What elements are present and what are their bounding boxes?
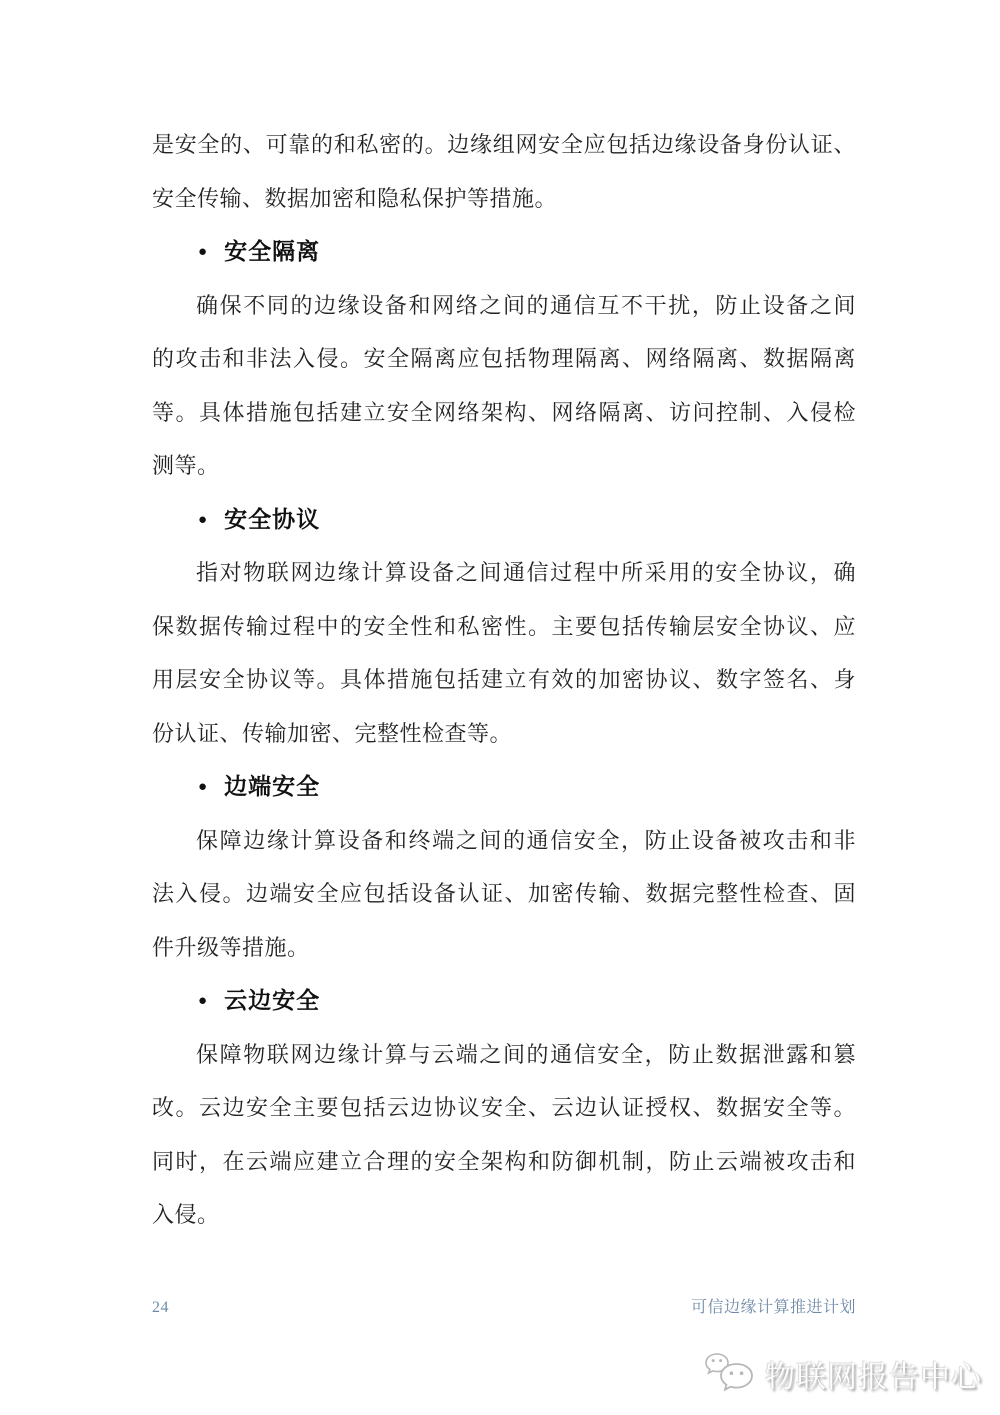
bullet-heading-label: 安全协议	[224, 493, 320, 547]
footer-booklet-title: 可信边缘计算推进计划	[691, 1294, 856, 1317]
document-page: 是安全的、可靠的和私密的。边缘组网安全应包括边缘设备身份认证、安全传输、数据加密…	[0, 0, 1000, 1415]
bullet-heading-row: ●安全隔离	[152, 225, 856, 279]
bullet-heading-row: ●云边安全	[152, 974, 856, 1028]
bullet-icon: ●	[198, 761, 207, 815]
text-line: 同时，在云端应建立合理的安全架构和防御机制，防止云端被攻击和	[152, 1135, 856, 1189]
text-line: 保障物联网边缘计算与云端之间的通信安全，防止数据泄露和篡	[152, 1028, 856, 1082]
text-line: 保障边缘计算设备和终端之间的通信安全，防止设备被攻击和非	[152, 814, 856, 868]
watermark: 物联网报告中心	[697, 1341, 988, 1407]
text-line: 份认证、传输加密、完整性检查等。	[152, 707, 856, 761]
bullet-heading-label: 云边安全	[224, 974, 320, 1028]
text-line: 用层安全协议等。具体措施包括建立有效的加密协议、数字签名、身	[152, 653, 856, 707]
wechat-bubbles-icon	[703, 1348, 757, 1401]
bullet-icon: ●	[198, 494, 207, 548]
text-line: 改。云边安全主要包括云边协议安全、云边认证授权、数据安全等。	[152, 1081, 856, 1135]
bullet-heading-row: ●安全协议	[152, 493, 856, 547]
page-number: 24	[152, 1299, 169, 1317]
text-line: 的攻击和非法入侵。安全隔离应包括物理隔离、网络隔离、数据隔离	[152, 332, 856, 386]
text-line: 安全传输、数据加密和隐私保护等措施。	[152, 172, 856, 226]
text-line: 法入侵。边端安全应包括设备认证、加密传输、数据完整性检查、固	[152, 867, 856, 921]
text-line: 保数据传输过程中的安全性和私密性。主要包括传输层安全协议、应	[152, 600, 856, 654]
bullet-heading-label: 安全隔离	[224, 225, 320, 279]
document-body: 是安全的、可靠的和私密的。边缘组网安全应包括边缘设备身份认证、安全传输、数据加密…	[152, 118, 856, 1242]
bullet-icon: ●	[198, 226, 207, 280]
bullet-heading-row: ●边端安全	[152, 760, 856, 814]
text-line: 入侵。	[152, 1188, 856, 1242]
bullet-icon: ●	[198, 975, 207, 1029]
bullet-heading-label: 边端安全	[224, 760, 320, 814]
text-line: 件升级等措施。	[152, 921, 856, 975]
text-line: 是安全的、可靠的和私密的。边缘组网安全应包括边缘设备身份认证、	[152, 118, 856, 172]
page-footer: 24 可信边缘计算推进计划	[152, 1294, 856, 1317]
watermark-label: 物联网报告中心	[765, 1352, 982, 1396]
text-line: 指对物联网边缘计算设备之间通信过程中所采用的安全协议，确	[152, 546, 856, 600]
text-line: 等。具体措施包括建立安全网络架构、网络隔离、访问控制、入侵检	[152, 386, 856, 440]
text-line: 确保不同的边缘设备和网络之间的通信互不干扰，防止设备之间	[152, 279, 856, 333]
text-line: 测等。	[152, 439, 856, 493]
